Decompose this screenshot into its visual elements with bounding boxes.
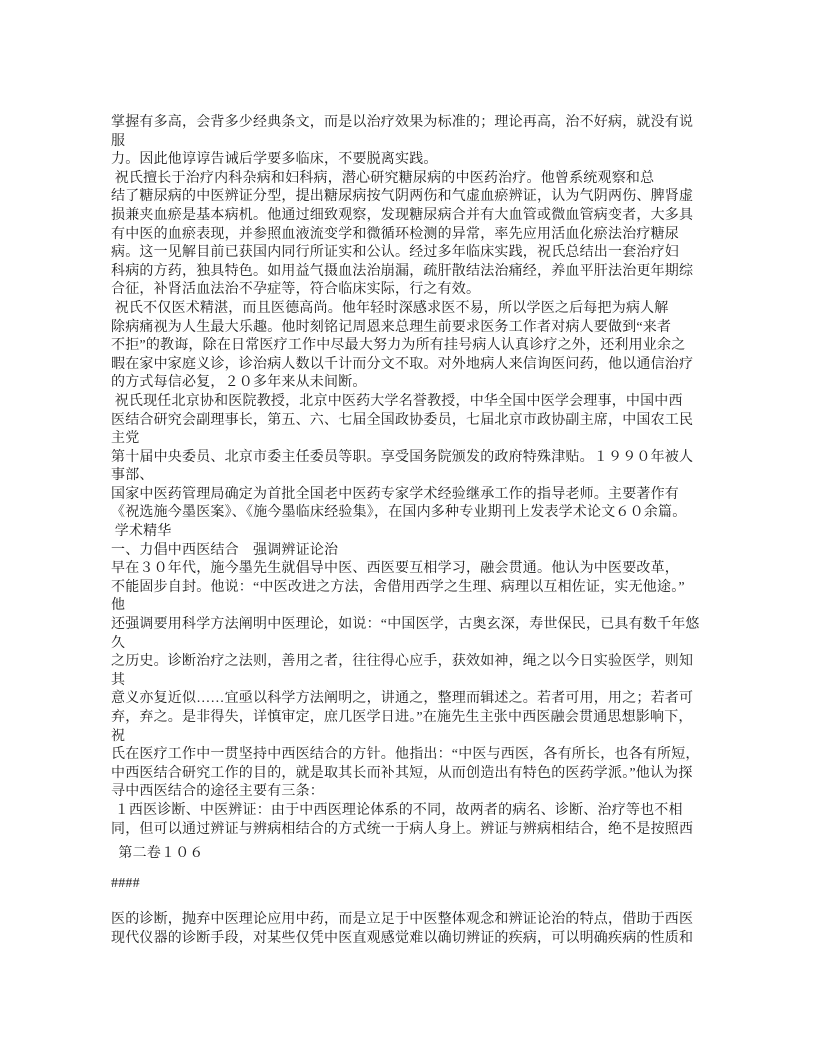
document-page: 掌握有多高，会背多少经典条文，而是以治疗效果为标准的；理论再高，治不好病，就没有…: [0, 0, 816, 1056]
text-line: 一、力倡中西医结合 强调辨证论治: [111, 542, 711, 561]
text-line: １西医诊断、中医辨证：由于中西医理论体系的不同，故两者的病名、诊断、治疗等也不相: [111, 802, 711, 821]
text-line: 中西医结合研究工作的目的，就是取其长而补其短，从而创造出有特色的医药学派。”他认…: [111, 765, 711, 784]
text-line: 合征，补肾活血法治不孕症等，符合临床实际，行之有效。: [111, 281, 711, 300]
text-line: 服: [111, 133, 711, 152]
text-line: 祝氏现任北京协和医院教授，北京中医药大学名誉教授，中华全国中医学会理事，中国中西: [111, 393, 711, 412]
text-line: 病。这一见解目前已获国内同行所证实和公认。经过多年临床实践，祝氏总结出一套治疗妇: [111, 244, 711, 263]
text-line: 不能固步自封。他说：“中医改进之方法，舍借用西学之生理、病理以互相佐证，实无他途…: [111, 579, 711, 598]
text-line: 学术精华: [111, 523, 711, 542]
text-line: 第十届中央委员、北京市委主任委员等职。享受国务院颁发的政府特殊津贴。１９９０年被…: [111, 449, 711, 468]
text-line: 寻中西医结合的途径主要有三条：: [111, 783, 711, 802]
text-line: 事部、: [111, 467, 711, 486]
text-line: 有中医的血瘀表现，并参照血液流变学和微循环检测的异常，率先应用活血化瘀法治疗糖尿: [111, 226, 711, 245]
text-line: 弃，弃之。是非得失，详慎审定，庶几医学日进。”在施先生主张中西医融会贯通思想影响…: [111, 709, 711, 728]
text-line: 暇在家中家庭义诊，诊治病人数以千计而分文不取。对外地病人来信询医问药，他以通信治…: [111, 356, 711, 375]
text-line: 医的诊断，抛弃中医理论应用中药，而是立足于中医整体观念和辨证论治的特点，借助于西…: [111, 911, 711, 930]
text-line: 结了糖尿病的中医辨证分型，提出糖尿病按气阴两伤和气虚血瘀辨证，认为气阴两伤、脾肾…: [111, 188, 711, 207]
text-line: 力。因此他谆谆告诫后学要多临床，不要脱离实践。: [111, 151, 711, 170]
paragraph-gap: [111, 864, 711, 875]
text-line: 其: [111, 672, 711, 691]
text-line: 除病痛视为人生最大乐趣。他时刻铭记周恩来总理生前要求医务工作者对病人要做到“来者: [111, 319, 711, 338]
page-content: 掌握有多高，会背多少经典条文，而是以治疗效果为标准的；理论再高，治不好病，就没有…: [111, 114, 711, 949]
text-line: 国家中医药管理局确定为首批全国老中医药专家学术经验继承工作的指导老师。主要著作有: [111, 486, 711, 505]
text-line: 现代仪器的诊断手段，对某些仅凭中医直观感觉难以确切辨证的疾病，可以明确疾病的性质…: [111, 930, 711, 949]
text-line: 同，但可以通过辨证与辨病相结合的方式统一于病人身上。辨证与辨病相结合，绝不是按照…: [111, 821, 711, 840]
text-line: 他: [111, 597, 711, 616]
text-line: 科病的方药，独具特色。如用益气摄血法治崩漏，疏肝散结法治痛经，养血平肝法治更年期…: [111, 263, 711, 282]
text-line: 久: [111, 635, 711, 654]
section-separator: ####: [111, 875, 711, 894]
text-line: 医结合研究会副理事长，第五、六、七届全国政协委员，七届北京市政协副主席，中国农工…: [111, 412, 711, 431]
text-line: 祝氏不仅医术精湛，而且医德高尚。他年轻时深感求医不易，所以学医之后每把为病人解: [111, 300, 711, 319]
text-line: 不拒”的教诲，除在日常医疗工作中尽最大努力为所有挂号病人认真诊疗之外，还利用业余…: [111, 337, 711, 356]
volume-page-label: 第二卷１０６: [111, 845, 711, 864]
text-line: 祝氏擅长于治疗内科杂病和妇科病，潜心研究糖尿病的中医药治疗。他曾系统观察和总: [111, 170, 711, 189]
text-line: 祝: [111, 728, 711, 747]
text-line: 之历史。诊断治疗之法则，善用之者，往往得心应手，获效如神，绳之以今日实验医学，则…: [111, 653, 711, 672]
text-line: 损兼夹血瘀是基本病机。他通过细致观察，发现糖尿病合并有大血管或微血管病变者，大多…: [111, 207, 711, 226]
paragraph-gap: [111, 893, 711, 911]
body-text-block: 掌握有多高，会背多少经典条文，而是以治疗效果为标准的；理论再高，治不好病，就没有…: [111, 114, 711, 839]
text-line: 《祝选施今墨医案》、《施今墨临床经验集》，在国内多种专业期刊上发表学术论文６０余…: [111, 504, 711, 523]
text-line: 还强调要用科学方法阐明中医理论，如说：“中国医学，古奥玄深，寿世保民，已具有数千…: [111, 616, 711, 635]
text-line: 意义亦复近似……宜亟以科学方法阐明之，讲通之，整理而辑述之。若者可用，用之；若者…: [111, 690, 711, 709]
text-line: 早在３０年代，施今墨先生就倡导中医、西医要互相学习，融会贯通。他认为中医要改革，: [111, 560, 711, 579]
text-line: 氏在医疗工作中一贯坚持中西医结合的方针。他指出：“中医与西医，各有所长，也各有所…: [111, 746, 711, 765]
text-line: 主党: [111, 430, 711, 449]
continuation-text-block: 医的诊断，抛弃中医理论应用中药，而是立足于中医整体观念和辨证论治的特点，借助于西…: [111, 911, 711, 948]
text-line: 的方式每信必复，２０多年来从未间断。: [111, 374, 711, 393]
text-line: 掌握有多高，会背多少经典条文，而是以治疗效果为标准的；理论再高，治不好病，就没有…: [111, 114, 711, 133]
